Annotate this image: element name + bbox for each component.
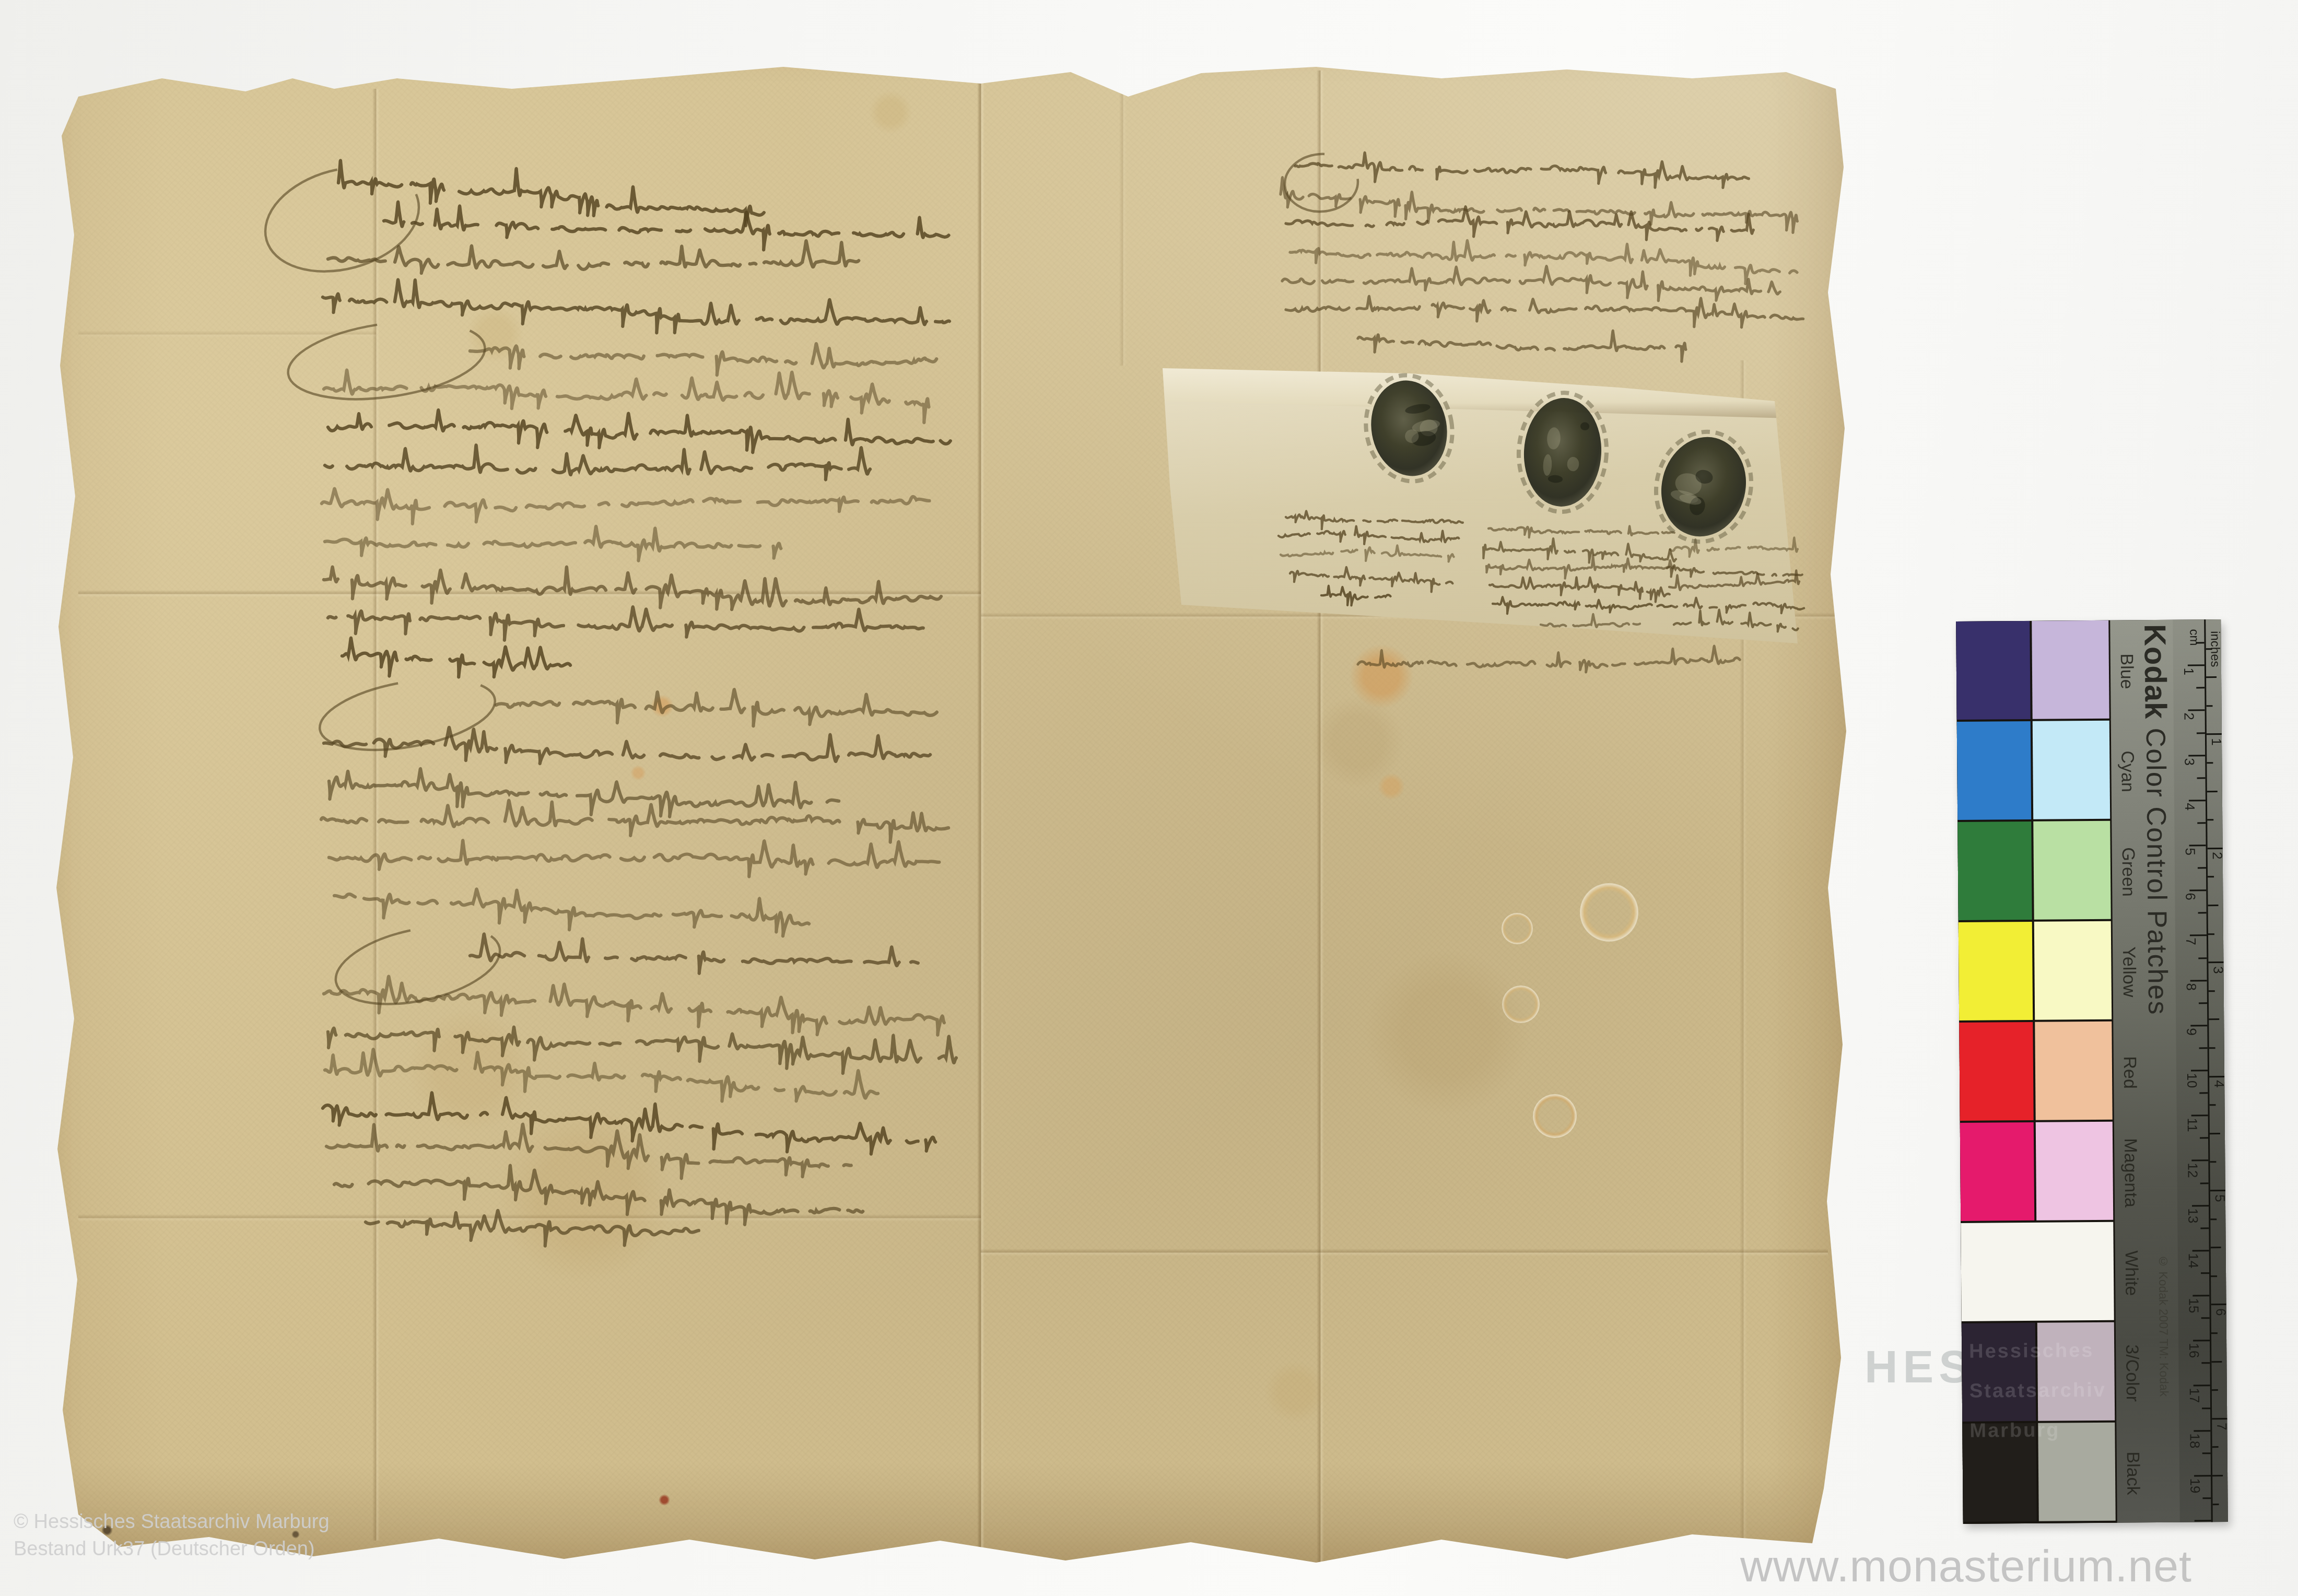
kodak-color-card: Kodak Color Control Patches © Kodak 2007…: [1956, 619, 2228, 1524]
ruler-inch-number: 4: [2211, 1080, 2227, 1088]
ruler-cm-tick: [2202, 1497, 2211, 1499]
ruler-cm-tick: [2201, 1317, 2210, 1319]
ruler-inch-tick: [2209, 1018, 2219, 1020]
stain-spot: [1311, 695, 1405, 789]
monasterium-watermark: www.monasterium.net: [1740, 1541, 2192, 1592]
card-ruler: cm inches 123456789101112131415161718191…: [2173, 619, 2228, 1522]
ruler-cm-tick: [2191, 1114, 2208, 1116]
ruler-cm-number: 2: [2181, 712, 2197, 720]
ruler-inch-number: 2: [2209, 852, 2225, 860]
color-patch-white: [1961, 1222, 2114, 1321]
ruler-cm-tick: [2197, 777, 2206, 779]
ruler-cm-number: 9: [2183, 1028, 2199, 1036]
ruler-inch-tick: [2209, 990, 2215, 992]
patch-label-blue: Blue: [2112, 624, 2137, 718]
ruler-cm-tick: [2191, 1159, 2208, 1161]
ruler-inch-tick: [2210, 1190, 2225, 1191]
ruler-inch-tick: [2208, 876, 2214, 877]
stain-spot: [407, 1008, 533, 1133]
ruler-inch-tick: [2212, 1475, 2223, 1476]
fold-crease-vertical: [372, 89, 380, 1541]
color-patch-cyan: [1957, 721, 2031, 820]
ruler-inch-tick: [2208, 848, 2223, 849]
ruler-cm-number: 11: [2184, 1118, 2200, 1132]
ruler-inch-tick: [2207, 791, 2218, 792]
ruler-inch-tick: [2212, 1418, 2227, 1419]
ruler-inch-tick: [2208, 905, 2218, 906]
archive-watermark-ghost-lines: HessischesStaatsarchivMarburg: [1962, 1331, 2122, 1520]
ruler-inch-tick: [2209, 1076, 2224, 1077]
patch-label-green: Green: [2114, 825, 2138, 919]
ruler-cm-number: 19: [2187, 1478, 2203, 1493]
ruler-inch-tick: [2207, 762, 2213, 764]
color-patch-cyan-tint: [2033, 721, 2110, 819]
ghost-stamp-line: Staatsarchiv: [1969, 1370, 2121, 1411]
ruler-cm-tick: [2188, 755, 2205, 756]
color-patch-blue-tint: [2032, 620, 2109, 719]
ruler-cm-number: 6: [2182, 893, 2198, 900]
ruler-cm-number: 8: [2183, 983, 2199, 991]
patch-label-black: Black: [2118, 1426, 2143, 1520]
ruler-cm-number: 18: [2186, 1433, 2202, 1448]
stain-spot: [1264, 1360, 1327, 1423]
ruler-cm-tick: [2188, 664, 2205, 666]
ruler-cm-number: 3: [2181, 758, 2197, 766]
ruler-inch-tick: [2213, 1504, 2219, 1505]
ruler-inch-tick: [2207, 819, 2213, 820]
card-copyright: © Kodak 2007 TM: Kodak: [2156, 1254, 2172, 1516]
ruler-cm-tick: [2201, 1272, 2209, 1274]
stain-spot: [659, 1494, 670, 1506]
ruler-cm-tick: [2199, 1047, 2208, 1049]
water-ring-stain: [1502, 913, 1533, 944]
ruler-ticks: 123456789101112131415161718191234567: [2173, 619, 2221, 620]
ruler-cm-tick: [2190, 980, 2207, 981]
ruler-cm-tick: [2197, 822, 2206, 824]
ruler-inch-number: 3: [2210, 966, 2226, 974]
ruler-cm-tick: [2190, 934, 2207, 936]
stain-spot: [1364, 949, 1531, 1116]
stain-spot: [630, 765, 646, 781]
ruler-cm-tick: [2194, 1475, 2211, 1476]
parchment-document: [0, 0, 1859, 1572]
ruler-cm-number: 12: [2184, 1163, 2200, 1178]
ruler-cm-tick: [2189, 889, 2206, 891]
ruler-cm-tick: [2196, 687, 2205, 688]
ghost-stamp-line: Marburg: [1969, 1410, 2121, 1451]
ruler-inch-tick: [2212, 1446, 2219, 1448]
fold-crease-horizontal: [981, 1249, 1828, 1256]
fold-crease-vertical: [977, 76, 984, 1562]
ruler-cm-tick: [2201, 1362, 2210, 1364]
fold-crease-vertical: [1119, 73, 1127, 366]
card-title-rest: Color Control Patches: [2140, 719, 2173, 1016]
card-label-strip: Kodak Color Control Patches © Kodak 2007…: [2110, 619, 2228, 1523]
ruler-cm-tick: [2189, 844, 2206, 846]
ruler-cm-tick: [2198, 912, 2207, 913]
ruler-cm-tick: [2193, 1295, 2209, 1296]
ruler-inch-tick: [2211, 1247, 2221, 1248]
ruler-cm-tick: [2198, 957, 2207, 959]
ruler-cm-number: 14: [2185, 1253, 2201, 1268]
patch-label-magenta: Magenta: [2116, 1125, 2141, 1219]
stain-spot: [466, 306, 524, 363]
ruler-inch-tick: [2208, 933, 2214, 935]
ruler-inch-tick: [2207, 733, 2222, 735]
ruler-cm-tick: [2192, 1205, 2209, 1206]
ruler-cm-number: 13: [2185, 1208, 2201, 1223]
ruler-cm-number: 16: [2186, 1343, 2202, 1358]
ruler-inch-number: 1: [2208, 738, 2224, 746]
color-patch-yellow: [1959, 922, 2033, 1020]
ruler-cm-tick: [2200, 1182, 2209, 1184]
kodak-brand: Kodak: [2138, 624, 2172, 720]
ruler-cm-tick: [2190, 1025, 2207, 1026]
ruler-cm-tick: [2202, 1452, 2211, 1454]
ruler-cm-number: 4: [2182, 803, 2198, 811]
ruler-inch-number: 5: [2212, 1194, 2228, 1202]
ruler-inch-tick: [2208, 961, 2223, 963]
ruler-cm-number: 10: [2184, 1073, 2200, 1088]
ruler-cm-tick: [2193, 1340, 2210, 1341]
color-patch-yellow-tint: [2034, 921, 2112, 1020]
ruler-cm-tick: [2202, 1407, 2210, 1409]
ruler-inch-number: 6: [2213, 1308, 2229, 1316]
stain-spot: [496, 1107, 674, 1285]
ruler-cm-tick: [2200, 1227, 2209, 1229]
patch-label-yellow: Yellow: [2115, 925, 2139, 1019]
ruler-cm-tick: [2193, 1250, 2209, 1251]
archive-copyright-caption: © Hessisches Staatsarchiv Marburg Bestan…: [14, 1508, 330, 1563]
ruler-cm-tick: [2191, 1070, 2208, 1071]
ruler-cm-tick: [2200, 1137, 2208, 1139]
ruler-inch-tick: [2209, 1047, 2215, 1049]
color-patch-red-tint: [2035, 1022, 2112, 1120]
ruler-inch-tick: [2206, 676, 2217, 678]
digitized-charter-photo: HESSEN Kodak Color Control Patches © Kod…: [0, 0, 2298, 1596]
ruler-inch-tick: [2210, 1161, 2216, 1163]
ruler-cm-number: 1: [2180, 667, 2197, 675]
patch-label-white: White: [2117, 1226, 2141, 1320]
copyright-line-2: Bestand Urk37 (Deutscher Orden): [14, 1535, 330, 1563]
color-patch-green: [1957, 822, 2032, 920]
water-ring-stain: [1533, 1094, 1577, 1138]
ruler-cm-tick: [2195, 1520, 2211, 1521]
stain-spot: [869, 90, 912, 134]
stain-spot: [651, 695, 674, 718]
ruler-inch-tick: [2206, 648, 2212, 650]
ruler-cm-number: 15: [2185, 1298, 2201, 1313]
ruler-inch-tick: [2212, 1389, 2218, 1391]
color-patch-magenta-tint: [2036, 1122, 2113, 1221]
ruler-inch-tick: [2211, 1275, 2217, 1277]
ruler-inch-tick: [2210, 1218, 2217, 1220]
patch-label-cyan: Cyan: [2113, 724, 2138, 818]
ruler-inch-tick: [2210, 1133, 2220, 1134]
color-patch-blue: [1956, 621, 2030, 720]
ruler-inch-number: 7: [2213, 1423, 2230, 1430]
ruler-cm-tick: [2198, 867, 2206, 869]
ruler-inch-tick: [2209, 1104, 2215, 1106]
ghost-stamp-line: Hessisches: [1969, 1331, 2121, 1371]
fold-crease-horizontal: [78, 331, 376, 338]
ruler-cm-tick: [2188, 709, 2205, 711]
ruler-inch-tick: [2211, 1304, 2226, 1305]
ruler-cm-number: 5: [2182, 848, 2198, 855]
ruler-cm-tick: [2194, 1430, 2210, 1431]
fold-crease-horizontal: [78, 590, 981, 597]
patch-label-red: Red: [2115, 1025, 2140, 1119]
ruler-cm-tick: [2194, 1384, 2210, 1386]
water-ring-stain: [1580, 883, 1638, 942]
ruler-inch-tick: [2211, 1361, 2222, 1363]
ruler-cm-tick: [2199, 1002, 2207, 1004]
ruler-inch-tick: [2211, 1332, 2218, 1334]
fold-crease-vertical: [1317, 71, 1324, 1563]
ruler-cm-number: 7: [2183, 937, 2199, 945]
ruler-cm-tick: [2196, 642, 2205, 643]
copyright-line-1: © Hessisches Staatsarchiv Marburg: [14, 1508, 330, 1535]
color-patch-red: [1959, 1022, 2033, 1121]
ruler-cm-tick: [2197, 732, 2205, 734]
patch-label-3-color: 3/Color: [2118, 1326, 2142, 1420]
color-patch-magenta: [1960, 1122, 2034, 1221]
ruler-cm-tick: [2199, 1092, 2208, 1094]
ruler-cm-number: 17: [2186, 1388, 2202, 1403]
ruler-cm-tick: [2189, 800, 2206, 801]
ruler-inch-tick: [2206, 705, 2212, 707]
color-patch-green-tint: [2033, 821, 2111, 920]
